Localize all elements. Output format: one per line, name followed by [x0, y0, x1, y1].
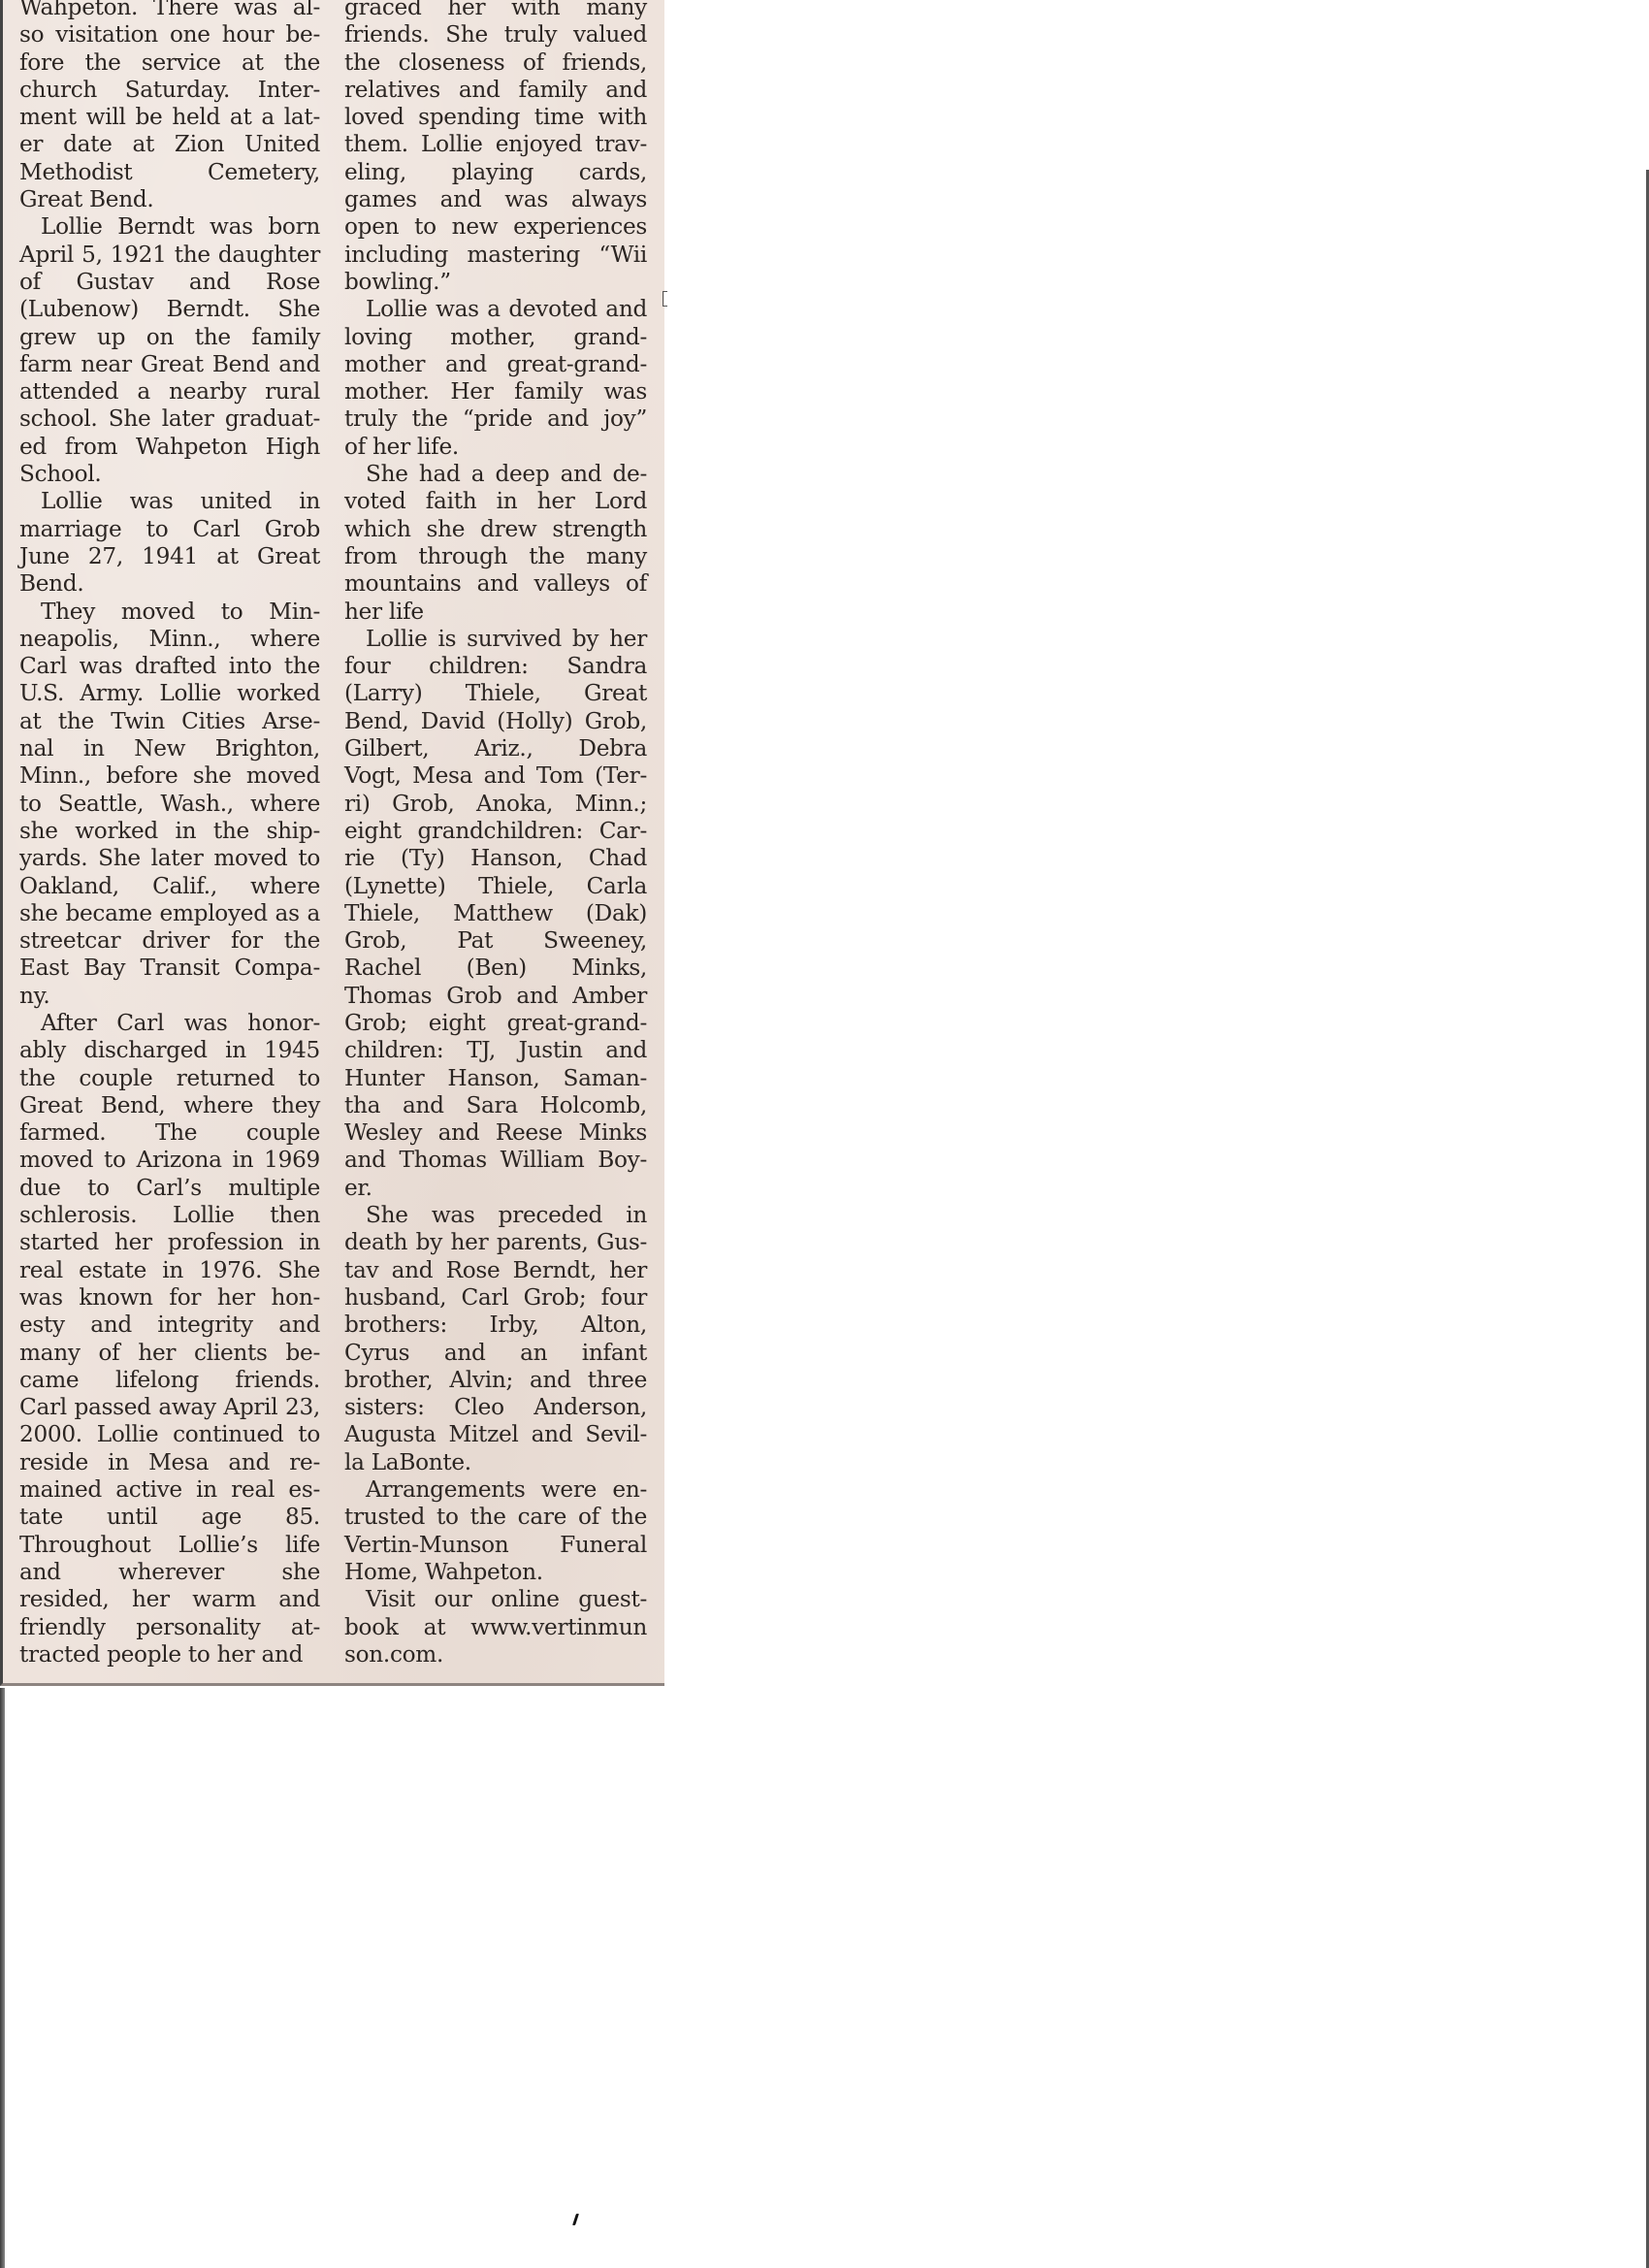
scan-bracket-mark [663, 291, 667, 307]
text-line: children: TJ, Justin and [344, 1037, 647, 1064]
text-line: Methodist Cemetery, [19, 159, 320, 186]
text-line: sisters: Cleo Anderson, [344, 1394, 647, 1421]
paragraph-first-line: Lollie was united in [19, 488, 320, 515]
text-line: the closeness of friends, [344, 49, 647, 77]
text-line: esty and integrity and [19, 1312, 320, 1339]
text-line: her life [344, 599, 647, 626]
text-line: marriage to Carl Grob [19, 516, 320, 543]
text-line: voted faith in her Lord [344, 488, 647, 515]
text-line: graced her with many [344, 0, 647, 21]
text-line: bowling.” [344, 269, 647, 296]
text-line: Thiele, Matthew (Dak) [344, 900, 647, 927]
text-line: mained active in real es- [19, 1476, 320, 1504]
text-line: trusted to the care of the [344, 1504, 647, 1531]
text-line: was known for her hon- [19, 1284, 320, 1312]
text-line: started her profession in [19, 1229, 320, 1256]
text-line: er. [344, 1175, 647, 1202]
text-line: loving mother, grand- [344, 324, 647, 351]
paragraph-first-line: She had a deep and de- [344, 461, 647, 488]
text-line: reside in Mesa and re- [19, 1449, 320, 1476]
text-line: at the Twin Cities Arse- [19, 708, 320, 735]
text-line: schlerosis. Lollie then [19, 1202, 320, 1229]
text-line: son.com. [344, 1641, 647, 1669]
text-line: U.S. Army. Lollie worked [19, 680, 320, 707]
text-line: Bend. [19, 570, 320, 598]
text-line: Wesley and Reese Minks [344, 1119, 647, 1147]
paragraph-first-line: She was preceded in [344, 1202, 647, 1229]
text-line: Thomas Grob and Amber [344, 983, 647, 1010]
text-line: eight grandchildren: Car- [344, 818, 647, 845]
obituary-column-2: graced her with manyfriends. She truly v… [344, 0, 647, 1669]
paragraph-first-line: Visit our online guest- [344, 1586, 647, 1613]
text-line: came lifelong friends. [19, 1367, 320, 1394]
paragraph-first-line: Lollie was a devoted and [344, 296, 647, 323]
text-line: ment will be held at a lat- [19, 104, 320, 131]
newspaper-clipping: Wahpeton. There was al-so visitation one… [0, 0, 664, 1686]
text-line: ed from Wahpeton High [19, 434, 320, 461]
text-line: tracted people to her and [19, 1641, 320, 1669]
text-line: moved to Arizona in 1969 [19, 1147, 320, 1174]
text-line: so visitation one hour be- [19, 21, 320, 49]
text-line: Home, Wahpeton. [344, 1559, 647, 1586]
text-line: neapolis, Minn., where [19, 626, 320, 653]
text-line: Vogt, Mesa and Tom (Ter- [344, 762, 647, 790]
text-line: (Larry) Thiele, Great [344, 680, 647, 707]
text-line: la LaBonte. [344, 1449, 647, 1476]
paragraph-first-line: Lollie Berndt was born [19, 213, 320, 241]
text-line: four children: Sandra [344, 653, 647, 680]
text-line: she worked in the ship- [19, 818, 320, 845]
text-line: (Lubenow) Berndt. She [19, 296, 320, 323]
text-line: Augusta Mitzel and Sevil- [344, 1421, 647, 1448]
text-line: mother and great-grand- [344, 351, 647, 378]
text-line: tate until age 85. [19, 1504, 320, 1531]
text-line: brothers: Irby, Alton, [344, 1312, 647, 1339]
text-line: church Saturday. Inter- [19, 77, 320, 104]
text-line: mountains and valleys of [344, 570, 647, 598]
text-line: Hunter Hanson, Saman- [344, 1065, 647, 1092]
text-line: school. She later graduat- [19, 405, 320, 433]
text-line: which she drew strength [344, 516, 647, 543]
text-line: to Seattle, Wash., where [19, 791, 320, 818]
text-line: Great Bend, where they [19, 1092, 320, 1119]
text-line: the couple returned to [19, 1065, 320, 1092]
text-line: er date at Zion United [19, 131, 320, 158]
text-line: ri) Grob, Anoka, Minn.; [344, 791, 647, 818]
text-line: farm near Great Bend and [19, 351, 320, 378]
text-line: tav and Rose Berndt, her [344, 1257, 647, 1284]
text-line: Gilbert, Ariz., Debra [344, 735, 647, 762]
text-line: she became employed as a [19, 900, 320, 927]
text-line: farmed. The couple [19, 1119, 320, 1147]
text-line: Rachel (Ben) Minks, [344, 955, 647, 982]
text-line: resided, her warm and [19, 1586, 320, 1613]
paragraph-first-line: Lollie is survived by her [344, 626, 647, 653]
text-line: many of her clients be- [19, 1340, 320, 1367]
stray-pen-mark [572, 2214, 579, 2225]
text-line: truly the “pride and joy” [344, 405, 647, 433]
text-line: April 5, 1921 the daughter [19, 242, 320, 269]
text-line: death by her parents, Gus- [344, 1229, 647, 1256]
text-line: of Gustav and Rose [19, 269, 320, 296]
text-line: Throughout Lollie’s life [19, 1532, 320, 1559]
text-line: Bend, David (Holly) Grob, [344, 708, 647, 735]
text-line: (Lynette) Thiele, Carla [344, 873, 647, 900]
text-line: mother. Her family was [344, 378, 647, 405]
text-line: ny. [19, 983, 320, 1010]
text-line: nal in New Brighton, [19, 735, 320, 762]
text-line: including mastering “Wii [344, 242, 647, 269]
text-line: eling, playing cards, [344, 159, 647, 186]
text-line: games and was always [344, 186, 647, 213]
scanner-edge-left [0, 1688, 5, 2268]
paragraph-first-line: Arrangements were en- [344, 1476, 647, 1504]
text-line: June 27, 1941 at Great [19, 543, 320, 570]
text-line: husband, Carl Grob; four [344, 1284, 647, 1312]
text-line: book at www.vertinmun [344, 1614, 647, 1641]
text-line: grew up on the family [19, 324, 320, 351]
text-line: and Thomas William Boy- [344, 1147, 647, 1174]
text-line: Carl was drafted into the [19, 653, 320, 680]
text-line: ably discharged in 1945 [19, 1037, 320, 1064]
text-line: friends. She truly valued [344, 21, 647, 49]
text-line: Cyrus and an infant [344, 1340, 647, 1367]
text-line: Minn., before she moved [19, 762, 320, 790]
text-line: 2000. Lollie continued to [19, 1421, 320, 1448]
text-line: yards. She later moved to [19, 845, 320, 872]
paragraph-first-line: After Carl was honor- [19, 1010, 320, 1037]
text-line: them. Lollie enjoyed trav- [344, 131, 647, 158]
text-line: Grob, Pat Sweeney, [344, 927, 647, 955]
text-line: tha and Sara Holcomb, [344, 1092, 647, 1119]
text-line: Oakland, Calif., where [19, 873, 320, 900]
text-line: streetcar driver for the [19, 927, 320, 955]
text-line: loved spending time with [344, 104, 647, 131]
text-line: from through the many [344, 543, 647, 570]
text-line: relatives and family and [344, 77, 647, 104]
text-line: due to Carl’s multiple [19, 1175, 320, 1202]
text-line: Carl passed away April 23, [19, 1394, 320, 1421]
text-line: real estate in 1976. She [19, 1257, 320, 1284]
text-line: Wahpeton. There was al- [19, 0, 320, 21]
text-line: brother, Alvin; and three [344, 1367, 647, 1394]
text-line: open to new experiences [344, 213, 647, 241]
text-line: School. [19, 461, 320, 488]
obituary-column-1: Wahpeton. There was al-so visitation one… [19, 0, 320, 1669]
text-line: of her life. [344, 434, 647, 461]
paragraph-first-line: They moved to Min- [19, 599, 320, 626]
text-line: rie (Ty) Hanson, Chad [344, 845, 647, 872]
text-line: East Bay Transit Compa- [19, 955, 320, 982]
text-line: Vertin-Munson Funeral [344, 1532, 647, 1559]
text-line: attended a nearby rural [19, 378, 320, 405]
text-line: fore the service at the [19, 49, 320, 77]
text-line: friendly personality at- [19, 1614, 320, 1641]
text-line: Great Bend. [19, 186, 320, 213]
text-line: and wherever she [19, 1559, 320, 1586]
text-line: Grob; eight great-grand- [344, 1010, 647, 1037]
